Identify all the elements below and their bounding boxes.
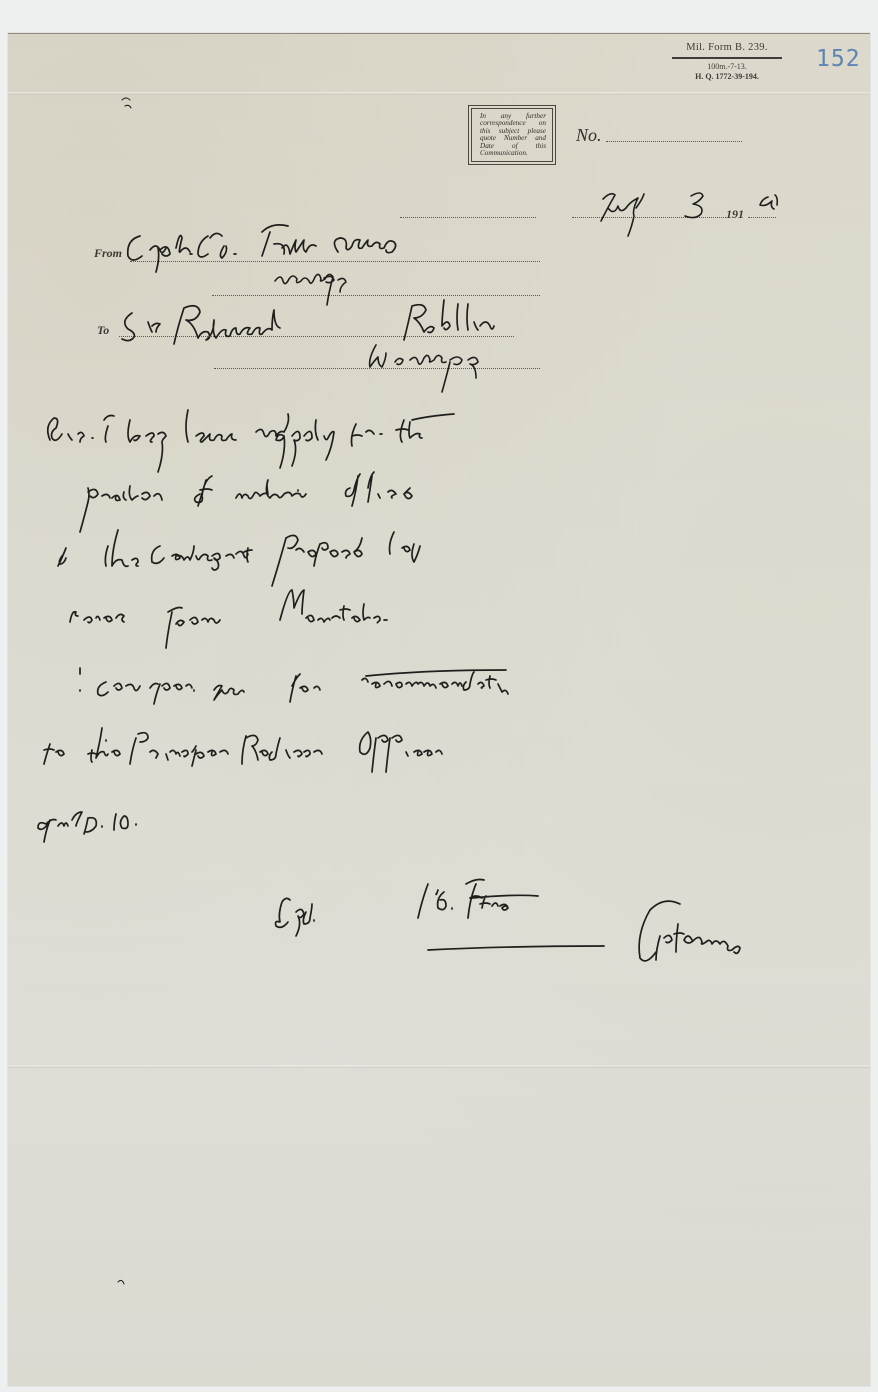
handwritten-signature [276, 880, 741, 961]
handwritten-to-city [370, 345, 478, 392]
paper-marks [118, 98, 131, 1284]
handwritten-from-name [128, 225, 396, 272]
handwritten-body [38, 410, 508, 842]
handwritten-date [601, 193, 777, 236]
handwriting-layer [0, 0, 878, 1392]
handwritten-to-name [122, 300, 494, 344]
handwritten-from-city [275, 274, 346, 305]
